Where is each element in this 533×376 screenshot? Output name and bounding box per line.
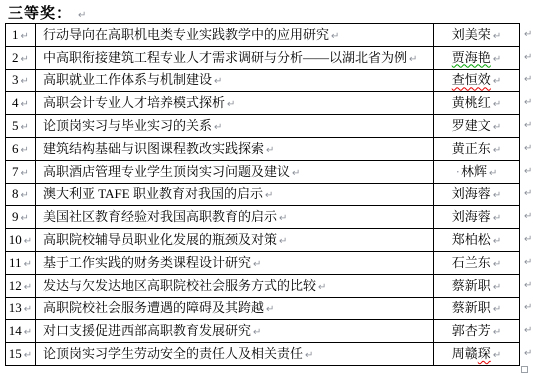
author-cell: 黄正东↵: [434, 137, 520, 160]
author-name-segment: 刘美荣: [452, 27, 491, 42]
row-number-cell: 5↵: [6, 115, 36, 138]
author-name-segment: 蔡新职: [452, 300, 491, 315]
author-name: 石兰东: [452, 255, 491, 270]
paper-title-cell: 基于工作实践的财务类课程设计研究↵: [36, 251, 434, 274]
section-heading: 三等奖：↵: [8, 2, 87, 23]
end-of-cell-mark: ↵: [266, 145, 274, 156]
end-of-cell-mark: ↵: [493, 327, 501, 338]
row-number-cell: 4↵: [6, 92, 36, 115]
paper-title: 高职酒店管理专业学生顶岗实习问题及建议: [43, 164, 290, 179]
author-name: 蔡新职: [452, 278, 491, 293]
paper-title: 高职会计专业人才培养模式探析: [43, 95, 225, 110]
row-number: 5: [12, 118, 19, 133]
end-of-row-mark: ↵: [520, 274, 533, 297]
author-name-segment: 郭杏芳: [452, 323, 491, 338]
end-of-cell-mark: ↵: [266, 304, 274, 315]
end-of-cell-mark: ↵: [214, 76, 222, 87]
end-of-cell-mark: ↵: [493, 145, 501, 156]
document-page: 三等奖：↵ 1↵ 行动导向在高职机电类专业实践教学中的应用研究↵ 刘美荣↵ ↵ …: [0, 0, 533, 376]
end-of-row-mark: ↵: [520, 251, 533, 274]
paper-title-cell: 高职院校辅导员职业化发展的瓶颈及对策↵: [36, 229, 434, 252]
author-name: 黄桃红: [452, 95, 491, 110]
end-of-row-mark: ↵: [520, 320, 533, 343]
paper-title: 高职院校辅导员职业化发展的瓶颈及对策: [43, 232, 277, 247]
author-cell: 刘海蓉↵: [434, 206, 520, 229]
end-of-cell-mark: ↵: [493, 54, 501, 65]
author-name: 刘美荣: [452, 27, 491, 42]
end-of-cell-mark: ↵: [493, 259, 501, 270]
row-number: 3: [12, 72, 19, 87]
end-of-cell-mark: ↵: [24, 259, 32, 270]
paper-title: 对口支援促进西部高职教育发展研究: [43, 323, 251, 338]
end-of-cell-mark: ↵: [21, 168, 29, 179]
row-number: 12: [9, 278, 22, 293]
end-of-row-mark: ↵: [520, 297, 533, 320]
table-resize-handle[interactable]: [521, 366, 528, 373]
author-cell: 黄桃红↵: [434, 92, 520, 115]
table-row: 11↵ 基于工作实践的财务类课程设计研究↵ 石兰东↵ ↵: [6, 251, 533, 274]
author-name: 刘海蓉: [452, 186, 491, 201]
end-of-cell-mark: ↵: [279, 236, 287, 247]
author-name-segment: 查恒效: [452, 72, 491, 87]
row-number-cell: 6↵: [6, 137, 36, 160]
end-of-cell-mark: ↵: [24, 327, 32, 338]
row-number-cell: 13↵: [6, 297, 36, 320]
author-name-segment: 刘海蓉: [452, 186, 491, 201]
author-name-segment: 周赣: [452, 346, 478, 361]
paper-title: 基于工作实践的财务类课程设计研究: [43, 255, 251, 270]
paper-title: 论顶岗实习与毕业实习的关系: [43, 118, 212, 133]
author-cell: 查恒效↵: [434, 69, 520, 92]
end-of-row-mark: ↵: [520, 46, 533, 69]
paper-title: 美国社区教育经验对我国高职教育的启示: [43, 209, 277, 224]
table-row: 1↵ 行动导向在高职机电类专业实践教学中的应用研究↵ 刘美荣↵ ↵: [6, 24, 533, 47]
paper-title: 建筑结构基础与识图课程教改实践探索: [43, 141, 264, 156]
end-of-cell-mark: ↵: [21, 99, 29, 110]
end-of-cell-mark: ↵: [21, 31, 29, 42]
row-number: 11: [9, 255, 22, 270]
end-of-row-mark: ↵: [520, 206, 533, 229]
author-name-segment: 贾海艳: [452, 50, 491, 65]
end-of-cell-mark: ↵: [253, 327, 261, 338]
table-row: 15↵ 论顶岗实习学生劳动安全的责任人及相关责任↵ 周赣琛↵ ↵: [6, 343, 533, 366]
end-of-row-mark: ↵: [520, 115, 533, 138]
row-number: 6: [12, 141, 19, 156]
end-of-row-mark: ↵: [520, 69, 533, 92]
paper-title-cell: 高职酒店管理专业学生顶岗实习问题及建议↵: [36, 160, 434, 183]
author-cell: 郑柏松↵: [434, 229, 520, 252]
end-of-cell-mark: ↵: [279, 213, 287, 224]
end-of-cell-mark: ↵: [292, 168, 300, 179]
row-number-cell: 2↵: [6, 46, 36, 69]
end-of-cell-mark: ↵: [214, 122, 222, 133]
paper-title-cell: 发达与欠发达地区高职院校社会服务方式的比较↵: [36, 274, 434, 297]
paper-title-cell: 高职就业工作体系与机制建设↵: [36, 69, 434, 92]
row-number-cell: 12↵: [6, 274, 36, 297]
end-of-cell-mark: ↵: [493, 31, 501, 42]
row-number: 14: [9, 323, 22, 338]
table-row: 6↵ 建筑结构基础与识图课程教改实践探索↵ 黄正东↵ ↵: [6, 137, 533, 160]
paper-title-cell: 美国社区教育经验对我国高职教育的启示↵: [36, 206, 434, 229]
end-of-cell-mark: ↵: [24, 304, 32, 315]
paper-title-cell: 中高职衔接建筑工程专业人才需求调研与分析——以湖北省为例↵: [36, 46, 434, 69]
end-of-row-mark: ↵: [520, 160, 533, 183]
table-row: 3↵ 高职就业工作体系与机制建设↵ 查恒效↵ ↵: [6, 69, 533, 92]
row-number-cell: 1↵: [6, 24, 36, 47]
end-of-cell-mark: ↵: [493, 236, 501, 247]
end-of-cell-mark: ↵: [493, 76, 501, 87]
author-cell: 郭杏芳↵: [434, 320, 520, 343]
end-of-cell-mark: ↵: [21, 190, 29, 201]
end-of-row-mark: ↵: [520, 92, 533, 115]
author-cell: 周赣琛↵: [434, 343, 520, 366]
end-of-cell-mark: ↵: [493, 99, 501, 110]
row-number-cell: 7↵: [6, 160, 36, 183]
end-of-cell-mark: ↵: [493, 122, 501, 133]
end-of-cell-mark: ↵: [493, 350, 501, 361]
author-cell: 蔡新职↵: [434, 297, 520, 320]
end-of-cell-mark: ↵: [24, 236, 32, 247]
end-of-cell-mark: ↵: [21, 122, 29, 133]
table-row: 10↵ 高职院校辅导员职业化发展的瓶颈及对策↵ 郑柏松↵ ↵: [6, 229, 533, 252]
row-number-cell: 10↵: [6, 229, 36, 252]
table-row: 8↵ 澳大利亚 TAFE 职业教育对我国的启示↵ 刘海蓉↵ ↵: [6, 183, 533, 206]
author-name: 刘海蓉: [452, 209, 491, 224]
row-number: 4: [12, 95, 19, 110]
row-number: 15: [9, 346, 22, 361]
author-name: 黄正东: [452, 141, 491, 156]
table-row: 12↵ 发达与欠发达地区高职院校社会服务方式的比较↵ 蔡新职↵ ↵: [6, 274, 533, 297]
author-name: 郑柏松: [452, 232, 491, 247]
table-row: 7↵ 高职酒店管理专业学生顶岗实习问题及建议↵ ·林辉↵ ↵: [6, 160, 533, 183]
end-of-cell-mark: ↵: [21, 76, 29, 87]
end-of-cell-mark: ↵: [305, 350, 313, 361]
end-of-row-mark: ↵: [520, 183, 533, 206]
end-of-cell-mark: ↵: [24, 350, 32, 361]
end-of-row-mark: ↵: [520, 229, 533, 252]
author-name-segment: 蔡新职: [452, 278, 491, 293]
author-name-segment: 刘海蓉: [452, 209, 491, 224]
end-of-cell-mark: ↵: [24, 282, 32, 293]
row-number-cell: 8↵: [6, 183, 36, 206]
author-name-segment: 石兰东: [452, 255, 491, 270]
paper-title-cell: 建筑结构基础与识图课程教改实践探索↵: [36, 137, 434, 160]
row-number: 2: [12, 50, 19, 65]
author-name-segment: 林辉: [461, 164, 487, 179]
table-row: 2↵ 中高职衔接建筑工程专业人才需求调研与分析——以湖北省为例↵ 贾海艳↵ ↵: [6, 46, 533, 69]
author-cell: 刘美荣↵: [434, 24, 520, 47]
paper-title: 行动导向在高职机电类专业实践教学中的应用研究: [43, 27, 329, 42]
author-cell: 石兰东↵: [434, 251, 520, 274]
end-of-cell-mark: ↵: [493, 282, 501, 293]
author-cell: 罗建文↵: [434, 115, 520, 138]
row-number: 7: [12, 164, 19, 179]
table-row: 5↵ 论顶岗实习与毕业实习的关系↵ 罗建文↵ ↵: [6, 115, 533, 138]
row-number-cell: 3↵: [6, 69, 36, 92]
author-name-segment: 黄桃红: [452, 95, 491, 110]
paper-title: 中高职衔接建筑工程专业人才需求调研与分析——以湖北省为例: [43, 50, 407, 65]
paper-title: 高职就业工作体系与机制建设: [43, 72, 212, 87]
author-name: 周赣琛: [452, 346, 491, 361]
row-number: 8: [12, 186, 19, 201]
author-name: ·林辉: [456, 164, 487, 179]
author-cell: ·林辉↵: [434, 160, 520, 183]
author-name: 查恒效: [452, 72, 491, 87]
row-number-cell: 14↵: [6, 320, 36, 343]
end-of-cell-mark: ↵: [493, 304, 501, 315]
author-name-segment: 罗建文: [452, 118, 491, 133]
paper-title-cell: 高职院校社会服务遭遇的障碍及其跨越↵: [36, 297, 434, 320]
author-name-segment: ·: [456, 164, 460, 179]
paper-title-cell: 高职会计专业人才培养模式探析↵: [36, 92, 434, 115]
paper-title: 澳大利亚 TAFE 职业教育对我国的启示: [43, 186, 263, 201]
paragraph-mark: ↵: [78, 10, 87, 21]
end-of-cell-mark: ↵: [21, 145, 29, 156]
paper-title-cell: 论顶岗实习学生劳动安全的责任人及相关责任↵: [36, 343, 434, 366]
table-row: 13↵ 高职院校社会服务遭遇的障碍及其跨越↵ 蔡新职↵ ↵: [6, 297, 533, 320]
end-of-cell-mark: ↵: [489, 168, 497, 179]
end-of-row-mark: ↵: [520, 24, 533, 47]
end-of-cell-mark: ↵: [493, 213, 501, 224]
row-number: 1: [12, 27, 19, 42]
author-cell: 贾海艳↵: [434, 46, 520, 69]
table-row: 9↵ 美国社区教育经验对我国高职教育的启示↵ 刘海蓉↵ ↵: [6, 206, 533, 229]
row-number-cell: 15↵: [6, 343, 36, 366]
author-cell: 蔡新职↵: [434, 274, 520, 297]
table-row: 4↵ 高职会计专业人才培养模式探析↵ 黄桃红↵ ↵: [6, 92, 533, 115]
author-name: 蔡新职: [452, 300, 491, 315]
row-number: 10: [9, 232, 22, 247]
author-name: 罗建文: [452, 118, 491, 133]
end-of-cell-mark: ↵: [21, 213, 29, 224]
row-number-cell: 9↵: [6, 206, 36, 229]
section-heading-text: 三等奖：: [8, 6, 72, 22]
row-number: 13: [9, 300, 22, 315]
end-of-cell-mark: ↵: [318, 282, 326, 293]
paper-title-cell: 行动导向在高职机电类专业实践教学中的应用研究↵: [36, 24, 434, 47]
author-name-segment: 黄正东: [452, 141, 491, 156]
end-of-cell-mark: ↵: [493, 190, 501, 201]
end-of-row-mark: ↵: [520, 343, 533, 366]
author-name: 贾海艳: [452, 50, 491, 65]
end-of-cell-mark: ↵: [253, 259, 261, 270]
table-row: 14↵ 对口支援促进西部高职教育发展研究↵ 郭杏芳↵ ↵: [6, 320, 533, 343]
author-name-segment: 郑柏松: [452, 232, 491, 247]
end-of-cell-mark: ↵: [265, 190, 273, 201]
end-of-cell-mark: ↵: [331, 31, 339, 42]
author-name-segment: 琛: [478, 346, 491, 361]
paper-title: 发达与欠发达地区高职院校社会服务方式的比较: [43, 278, 316, 293]
end-of-row-mark: ↵: [520, 137, 533, 160]
table-body: 1↵ 行动导向在高职机电类专业实践教学中的应用研究↵ 刘美荣↵ ↵ 2↵ 中高职…: [6, 24, 533, 366]
row-number: 9: [12, 209, 19, 224]
paper-title: 论顶岗实习学生劳动安全的责任人及相关责任: [43, 346, 303, 361]
end-of-cell-mark: ↵: [409, 54, 417, 65]
awards-table: 1↵ 行动导向在高职机电类专业实践教学中的应用研究↵ 刘美荣↵ ↵ 2↵ 中高职…: [5, 23, 533, 366]
paper-title-cell: 澳大利亚 TAFE 职业教育对我国的启示↵: [36, 183, 434, 206]
end-of-cell-mark: ↵: [227, 99, 235, 110]
end-of-cell-mark: ↵: [21, 54, 29, 65]
row-number-cell: 11↵: [6, 251, 36, 274]
author-name: 郭杏芳: [452, 323, 491, 338]
paper-title: 高职院校社会服务遭遇的障碍及其跨越: [43, 300, 264, 315]
paper-title-cell: 对口支援促进西部高职教育发展研究↵: [36, 320, 434, 343]
author-cell: 刘海蓉↵: [434, 183, 520, 206]
paper-title-cell: 论顶岗实习与毕业实习的关系↵: [36, 115, 434, 138]
